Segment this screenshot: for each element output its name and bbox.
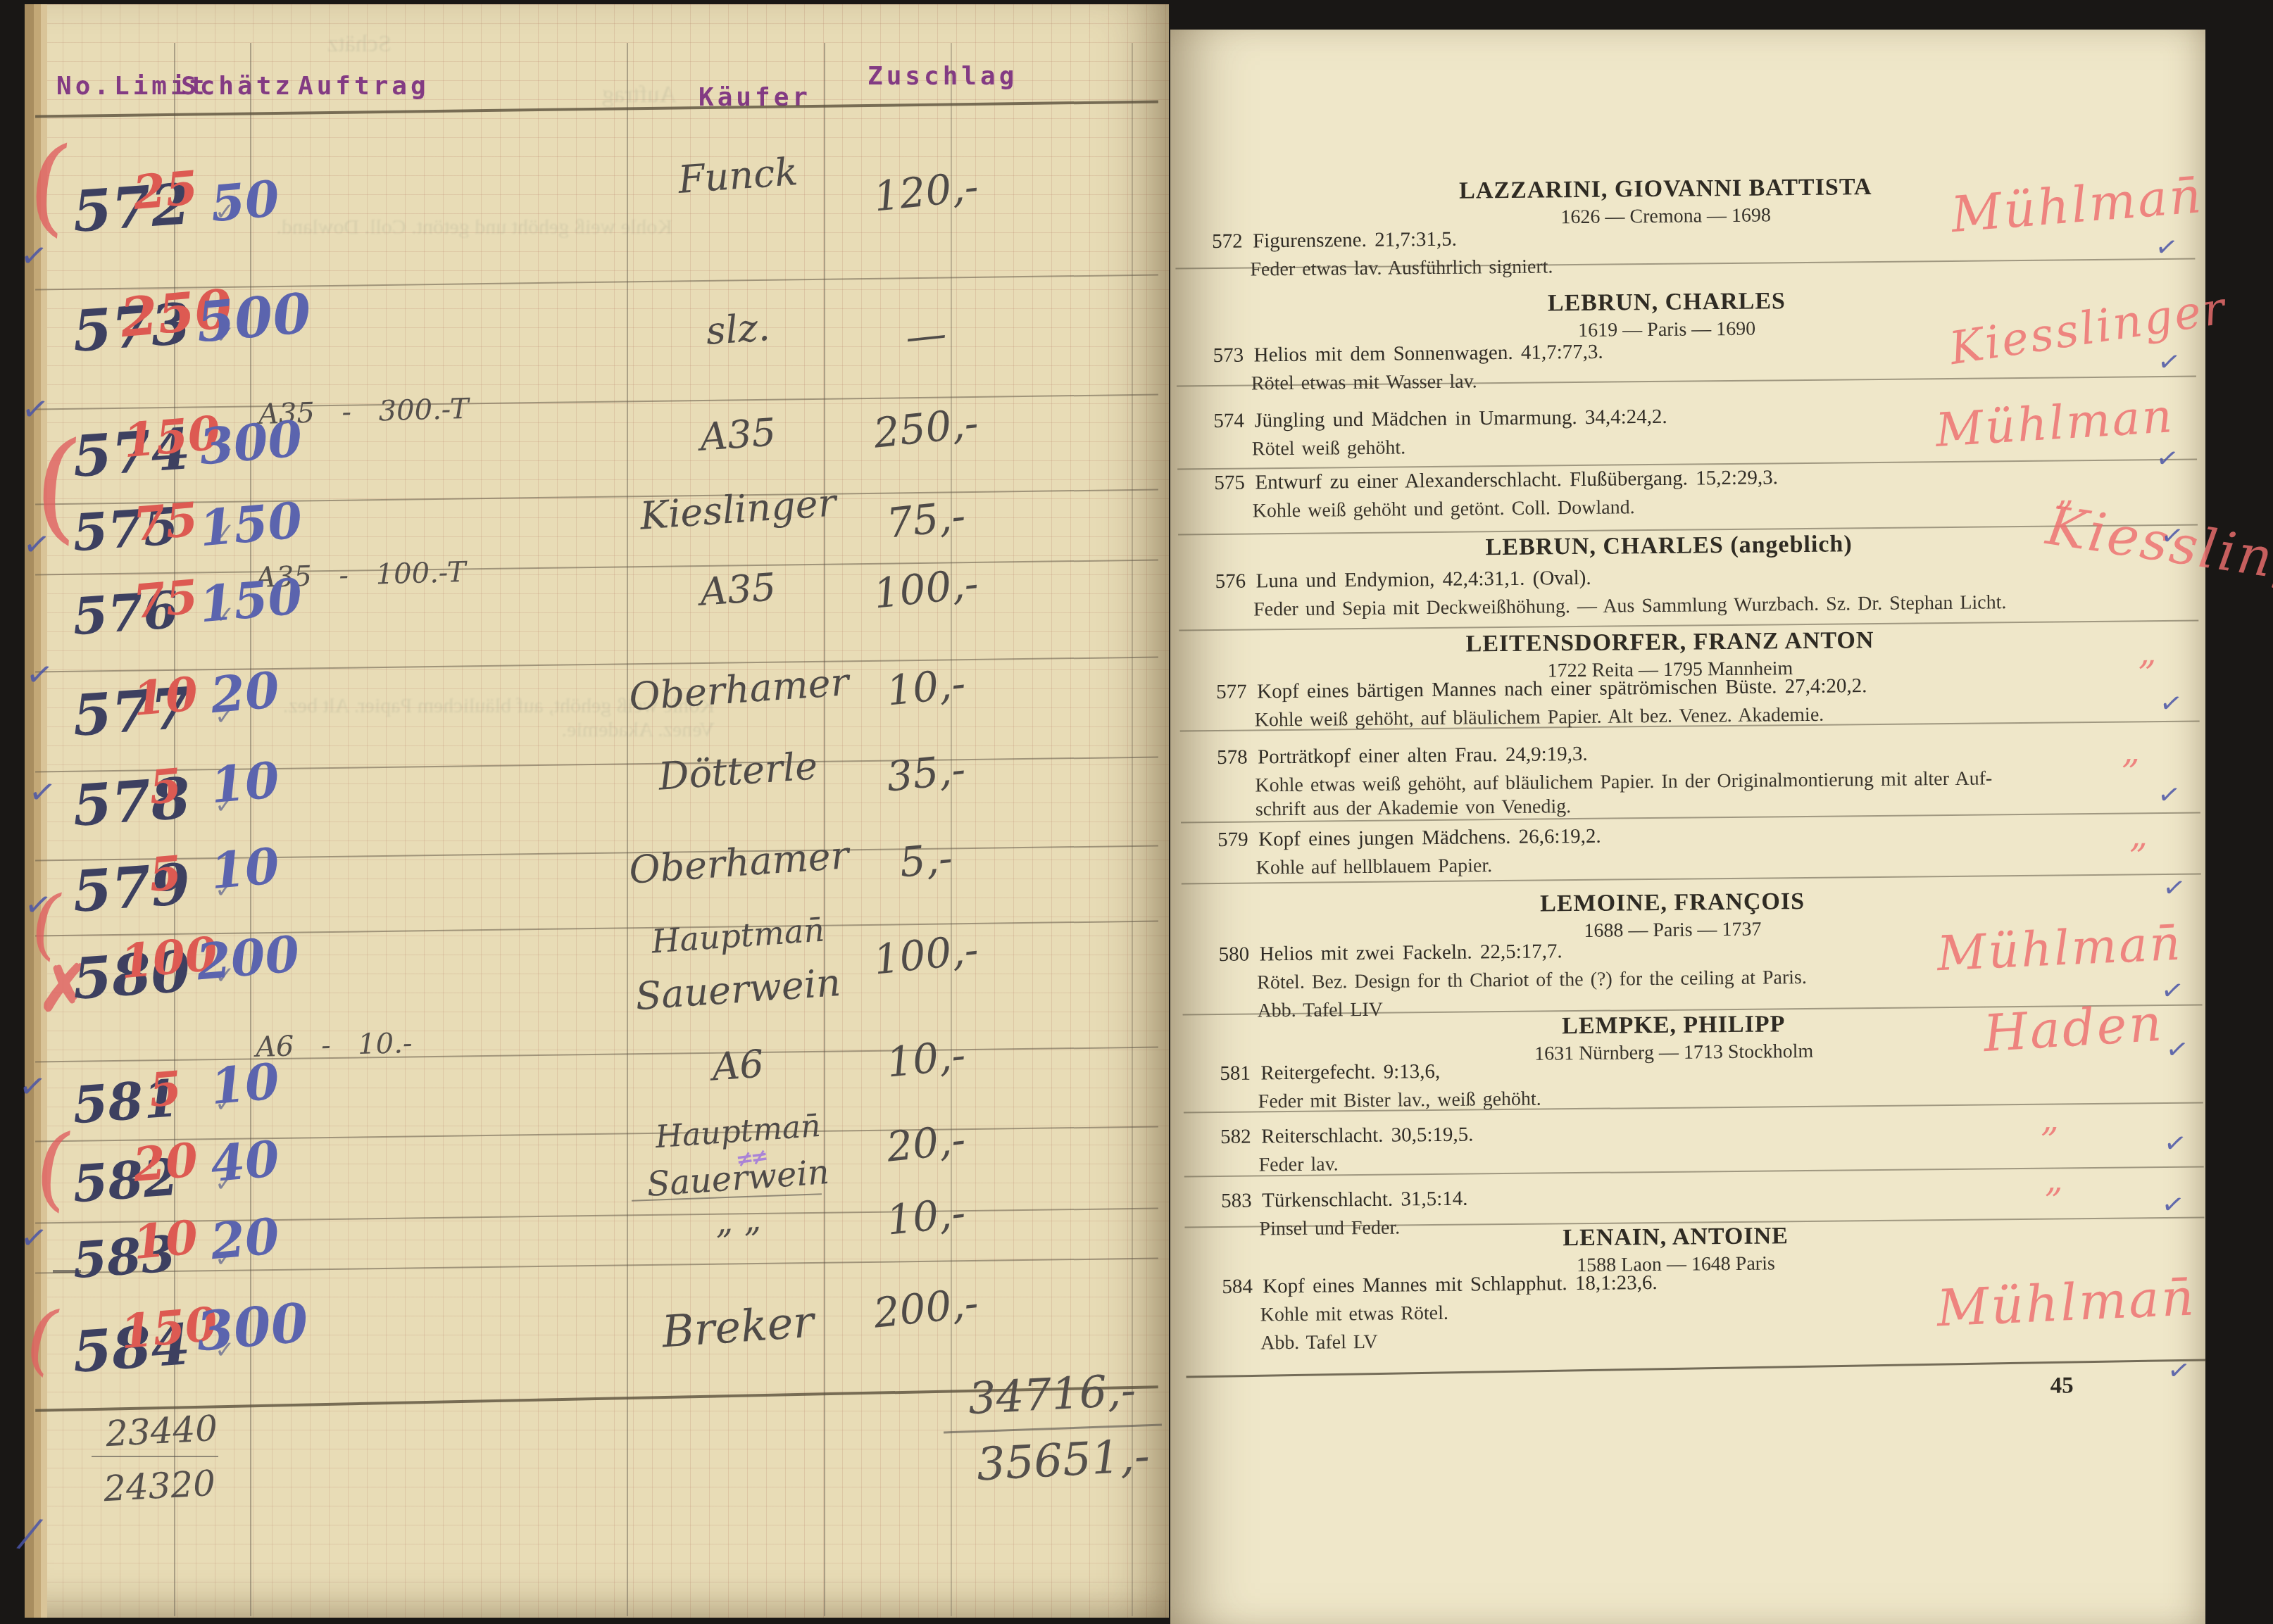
- ledger-schatz: 20: [197, 1205, 294, 1271]
- ledger-zuschlag: 5,-: [868, 831, 984, 890]
- lot-entry: 576Luna und Endymion, 42,4:31,1. (Oval).…: [1215, 561, 2160, 622]
- column-rule: [250, 43, 251, 1616]
- lot-number: 572: [1212, 229, 1253, 253]
- column-header-no: No.: [56, 72, 113, 101]
- lot-number: 575: [1214, 471, 1255, 495]
- lot-title: Helios mit zwei Fackeln. 22,5:17,7.: [1260, 940, 1563, 965]
- lot-number: 580: [1219, 943, 1260, 967]
- column-header-auftrag: Auftrag: [298, 72, 430, 101]
- ledger-schatz: 200: [194, 925, 291, 991]
- lot-number: 574: [1213, 409, 1254, 433]
- ledger-zuschlag: 35,-: [868, 743, 984, 802]
- lot-entry: 579Kopf eines jungen Mädchens. 26,6:19,2…: [1217, 819, 2162, 880]
- lot-entry: 578Porträtkopf einer alten Frau. 24,9:19…: [1217, 737, 2161, 822]
- lot-number: 573: [1213, 344, 1253, 367]
- ledger-kaufer: Kieslinger: [627, 479, 849, 539]
- buyer-annotation-ditto: „: [2041, 1098, 2061, 1139]
- margin-check-icon: ✓: [16, 1066, 49, 1107]
- total-rule: [92, 1456, 218, 1457]
- column-header-zuschlag: Zuschlag: [868, 62, 1017, 91]
- column-rule: [627, 43, 628, 1616]
- margin-check-icon: ✓: [2161, 871, 2189, 905]
- ledger-limit: 10: [121, 665, 210, 727]
- ledger-zuschlag: 100,-: [868, 559, 984, 618]
- margin-check-icon: ✓: [2164, 1033, 2191, 1067]
- lot-title: Luna und Endymion, 42,4:31,1. (Oval).: [1256, 567, 1591, 593]
- lot-title: Entwurf zu einer Alexanderschlacht. Fluß…: [1255, 466, 1778, 493]
- lot-number: 579: [1217, 828, 1258, 852]
- ledger-zuschlag: 100,-: [868, 925, 984, 984]
- ledger-schatz: 40: [197, 1128, 294, 1194]
- ledger-zuschlag: 20,-: [868, 1114, 984, 1173]
- lot-title: Helios mit dem Sonnenwagen. 41,7:77,3.: [1253, 341, 1603, 367]
- margin-check-icon: ✓: [2155, 345, 2183, 379]
- column-header-schatz: Schätz: [181, 72, 294, 101]
- margin-check-icon: ✓: [18, 1217, 50, 1259]
- ledger-limit: 250: [118, 279, 207, 349]
- ledger-schatz: 10: [197, 1050, 294, 1116]
- ledger-kaufer: Dötterle: [627, 741, 849, 800]
- ledger-schatz: 20: [197, 659, 294, 725]
- ledger-kaufer: A35: [627, 405, 849, 464]
- buyer-annotation: Mühlman̄: [1936, 916, 2184, 982]
- column-rule: [951, 43, 952, 1616]
- bleed-through-text: Schätz: [327, 31, 392, 58]
- buyer-annotation-ditto: „: [2045, 1159, 2065, 1200]
- catalog-page: LAZZARINI, GIOVANNI BATTISTA 1626 — Crem…: [1170, 30, 2205, 1624]
- margin-check-icon: ✓: [2158, 686, 2185, 721]
- ledger-kaufer: A35: [627, 560, 849, 619]
- buyer-annotation: Mühlman̄: [1936, 1267, 2197, 1337]
- lot-detail: Feder und Sepia mit Deckweißhöhung. — Au…: [1215, 590, 2159, 622]
- zuschlag-sum: 34716,-: [967, 1364, 1136, 1424]
- ledger-schatz: 10: [197, 749, 294, 815]
- lot-number: 577: [1216, 680, 1257, 704]
- lot-title: Porträtkopf einer alten Frau. 24,9:19,3.: [1258, 743, 1588, 768]
- lot-title: Reitergefecht. 9:13,6,: [1260, 1060, 1440, 1084]
- margin-check-icon: ✓: [2165, 1354, 2193, 1388]
- margin-check-icon: ✓: [2162, 1126, 2189, 1161]
- lot-entry: 582Reiterschlacht. 30,5:19,5. Feder lav.: [1220, 1116, 2165, 1177]
- ledger-zuschlag: —: [868, 306, 984, 365]
- bleed-through-text: Auftrag: [602, 82, 677, 108]
- ledger-limit: 25: [121, 159, 210, 221]
- lot-number: 578: [1217, 745, 1258, 769]
- lot-detail: Rötel etwas mit Wasser lav.: [1213, 364, 2157, 396]
- ledger-kaufer: Oberhamer: [627, 660, 849, 719]
- total-pencil-top: 23440: [105, 1408, 219, 1454]
- lot-title: Figurenszene. 21,7:31,5.: [1253, 228, 1457, 253]
- lot-entry: 575Entwurf zu einer Alexanderschlacht. F…: [1214, 462, 2158, 523]
- ledger-page: No. Limit Schätz Auftrag Käufer Zuschlag…: [25, 4, 1169, 1618]
- margin-check-icon: ✓: [18, 235, 50, 277]
- ledger-kaufer: A6: [627, 1036, 849, 1095]
- ledger-zuschlag: 250,-: [868, 398, 984, 458]
- margin-check-icon: ✓: [2155, 778, 2183, 812]
- zuschlag-sum-corrected: 35651,-: [975, 1430, 1151, 1492]
- lot-number: 582: [1220, 1125, 1261, 1149]
- lot-detail: Kohle weiß gehöht und getönt. Coll. Dowl…: [1215, 491, 2158, 523]
- ledger-zuschlag: 200,-: [868, 1278, 984, 1337]
- ledger-schatz: 300: [197, 410, 294, 476]
- ledger-zuschlag: 10,-: [868, 657, 984, 717]
- ledger-schatz: 150: [197, 491, 294, 558]
- ledger-zuschlag: 10,-: [868, 1029, 984, 1088]
- lot-number: 581: [1220, 1062, 1260, 1085]
- margin-check-icon: ✓: [2159, 974, 2186, 1008]
- ledger-kaufer: Funck: [627, 146, 849, 205]
- ledger-kaufer-line2: Sauerwein: [627, 959, 849, 1019]
- ledger-limit: 5: [121, 1058, 210, 1120]
- lot-detail: Feder etwas lav. Ausführlich signiert.: [1212, 250, 2155, 282]
- ledger-limit: 5: [121, 843, 210, 905]
- ledger-limit: 5: [121, 755, 210, 817]
- ledger-schatz: 50: [197, 168, 294, 234]
- ledger-schatz: 10: [197, 835, 294, 901]
- margin-check-icon: ✓: [23, 654, 56, 695]
- row-rule: [35, 101, 1158, 118]
- ledger-zuschlag: 75,-: [868, 490, 984, 549]
- ledger-schatz: 150: [197, 567, 294, 634]
- lot-title: Türkenschlacht. 31,5:14.: [1262, 1188, 1468, 1212]
- buyer-annotation-ditto: „: [2122, 730, 2142, 771]
- buyer-annotation-ditto: „: [2129, 814, 2150, 855]
- lot-detail: Feder lav.: [1220, 1145, 2164, 1177]
- lot-detail: Kohle weiß gehöht, auf bläulichem Papier…: [1216, 700, 2160, 732]
- buyer-annotation-ditto: „: [2138, 631, 2158, 672]
- lot-entry: 581Reitergefecht. 9:13,6, Feder mit Bist…: [1220, 1053, 2164, 1114]
- lot-number: 576: [1215, 569, 1256, 593]
- ledger-limit: 150: [121, 406, 210, 468]
- margin-check-icon: ✓: [20, 524, 53, 565]
- ledger-schatz: 500: [194, 284, 290, 355]
- ledger-kaufer: Oberhamer: [627, 833, 849, 892]
- total-pencil-bottom: 24320: [103, 1463, 217, 1509]
- lot-entry: 577Kopf eines bärtigen Mannes nach einer…: [1216, 672, 2160, 732]
- lot-detail: Feder mit Bister lav., weiß gehöht.: [1220, 1082, 2164, 1114]
- ledger-zuschlag: 120,-: [868, 162, 984, 221]
- ledger-schatz: 300: [194, 1293, 290, 1364]
- ledger-kaufer: Hauptman̄: [627, 909, 848, 962]
- ledger-kaufer: slz.: [627, 299, 849, 358]
- margin-check-icon: ✓: [2154, 441, 2181, 476]
- bleed-through-text: Kohle weiß gehöht und getönt. Coll. Dowl…: [236, 215, 672, 239]
- margin-check-icon: ✓: [26, 772, 58, 813]
- lot-number: 584: [1222, 1275, 1263, 1299]
- lot-title: Jüngling und Mädchen in Umarmung. 34,4:2…: [1254, 405, 1667, 432]
- page-number: 45: [2050, 1373, 2074, 1399]
- lot-title: Kopf eines jungen Mädchens. 26,6:19,2.: [1258, 825, 1601, 851]
- lot-number: 583: [1221, 1189, 1262, 1213]
- lot-title: Kopf eines Mannes mit Schlapphut. 18,1:2…: [1263, 1271, 1658, 1297]
- buyer-annotation: Haden: [1981, 993, 2165, 1063]
- ledger-zuschlag: 10,-: [868, 1187, 984, 1246]
- lot-title: Reiterschlacht. 30,5:19,5.: [1261, 1123, 1473, 1147]
- ledger-kaufer: Breker: [627, 1293, 849, 1359]
